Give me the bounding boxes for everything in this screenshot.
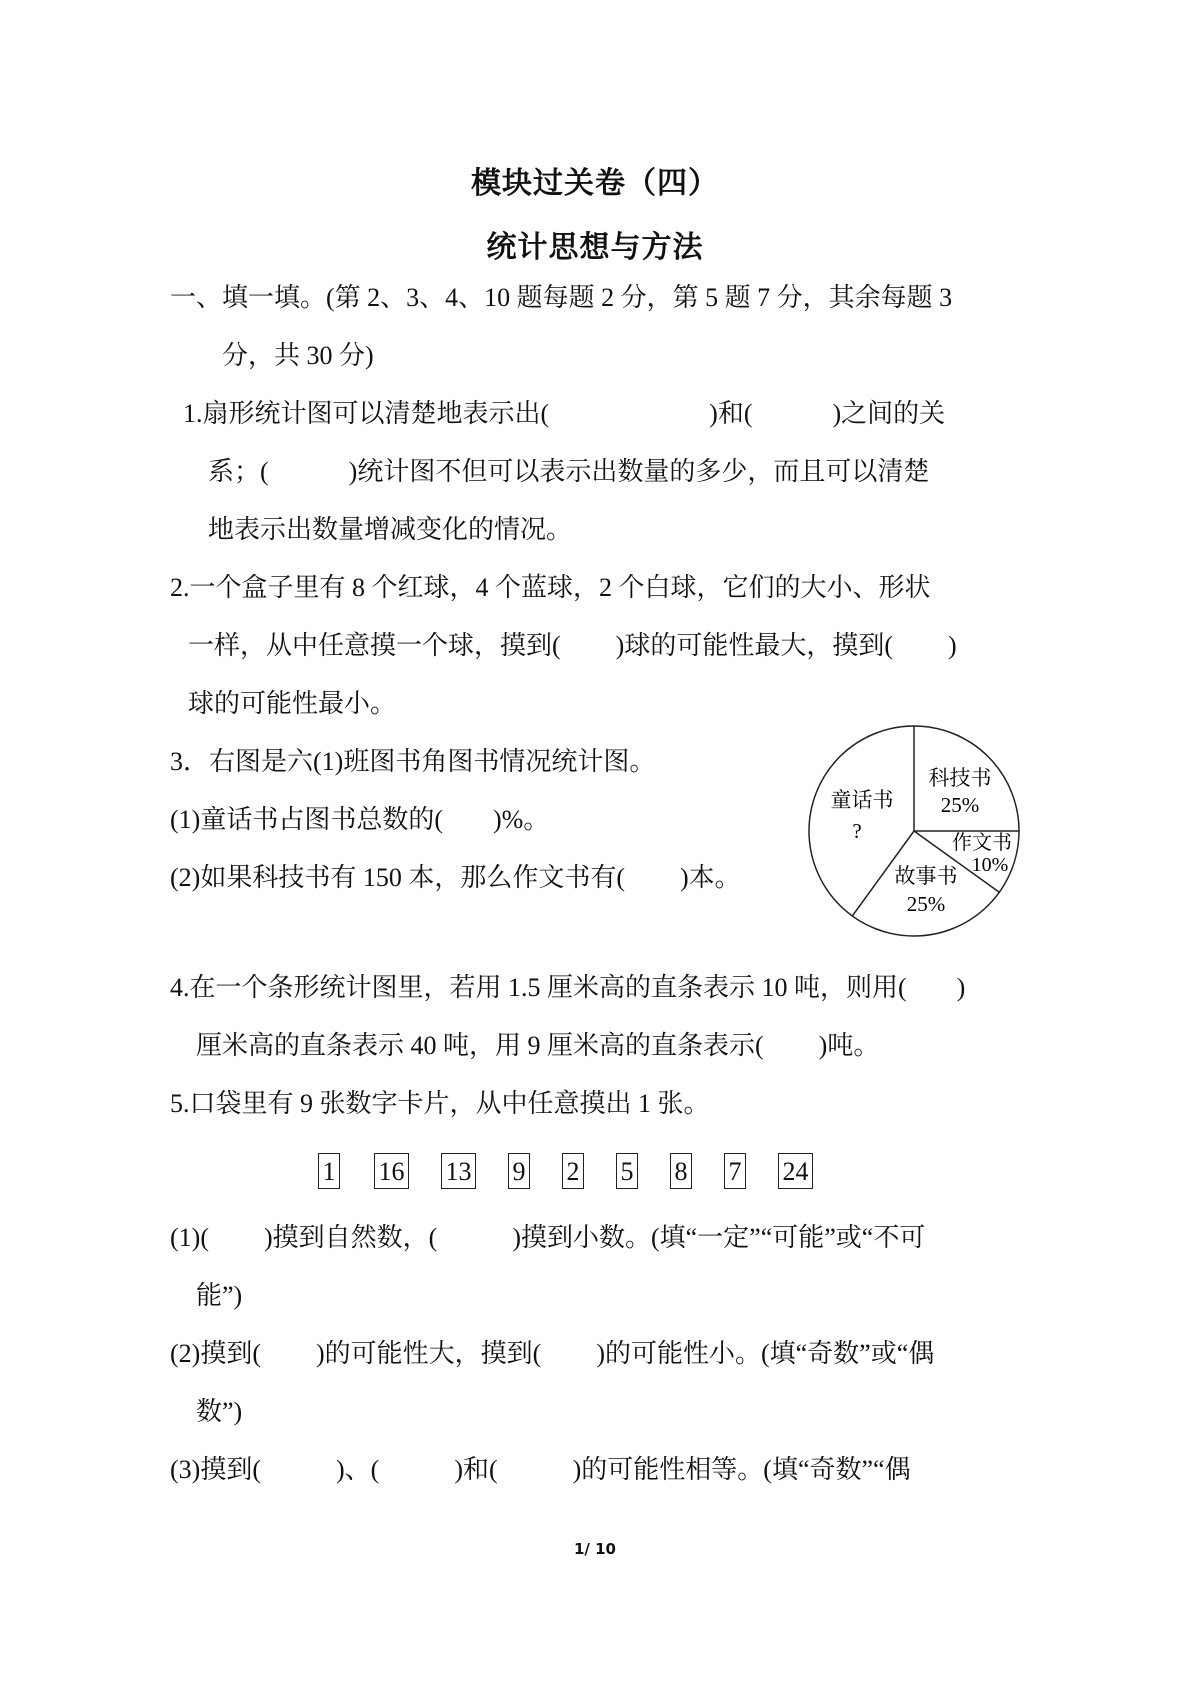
question-5-sub-1: (1)()摸到自然数，()摸到小数。(填“一定”“可能”或“不可 [170, 1222, 925, 1254]
q4-text: 厘米高的直条表示 40 吨，用 9 厘米高的直条表示( [196, 1031, 764, 1060]
question-5-line-1: 5.口袋里有 9 张数字卡片，从中任意摸出 1 张。 [170, 1088, 710, 1120]
q5-text: )的可能性大，摸到( [316, 1339, 541, 1368]
q3-text: (2)如果科技书有 150 本，那么作文书有( [170, 863, 625, 892]
question-3-line-1: 3．右图是六(1)班图书角图书情况统计图。 [170, 746, 655, 778]
slice-value-science: 25% [941, 793, 980, 817]
question-1-line-1: 1.扇形统计图可以清楚地表示出()和()之间的关 [183, 398, 945, 430]
slice-value-story: 25% [907, 892, 946, 916]
q4-text: )吨。 [819, 1031, 880, 1060]
q1-text: )之间的关 [833, 399, 946, 428]
slice-value-composition: 10% [972, 854, 1009, 876]
q5-text: )摸到小数。(填“一定”“可能”或“不可 [512, 1223, 925, 1252]
number-card: 2 [562, 1153, 584, 1189]
q2-text: ) [948, 631, 957, 660]
number-card: 8 [670, 1153, 692, 1189]
number-card: 5 [616, 1153, 638, 1189]
question-5-sub-2-cont: 数”) [196, 1396, 242, 1428]
question-5-sub-1-cont: 能”) [196, 1280, 242, 1312]
question-2-line-3: 球的可能性最小。 [188, 688, 396, 720]
q5-text: (1)( [170, 1223, 209, 1252]
q5-text: (2)摸到( [170, 1339, 261, 1368]
q3-text: (1)童话书占图书总数的( [170, 805, 443, 834]
slice-label-composition: 作文书 [952, 831, 1012, 854]
number-card: 9 [508, 1153, 530, 1189]
section-heading-cont: 分，共 30 分) [222, 340, 374, 372]
question-1-line-3: 地表示出数量增减变化的情况。 [208, 514, 572, 546]
q5-text: )的可能性小。(填“奇数”或“偶 [596, 1339, 934, 1368]
question-2-line-2: 一样，从中任意摸一个球，摸到()球的可能性最大，摸到() [188, 630, 957, 662]
slice-label-story: 故事书 [895, 864, 958, 888]
q1-text: )和( [709, 399, 752, 428]
q3-text: )%。 [493, 805, 549, 834]
q4-text: 4.在一个条形统计图里，若用 1.5 厘米高的直条表示 10 吨，则用( [170, 973, 907, 1002]
q5-text: )和( [454, 1455, 497, 1484]
q2-text: 一样，从中任意摸一个球，摸到( [188, 631, 561, 660]
question-3-sub-2: (2)如果科技书有 150 本，那么作文书有()本。 [170, 862, 741, 894]
q5-text: )的可能性相等。(填“奇数”“偶 [573, 1455, 911, 1484]
question-2-line-1: 2.一个盒子里有 8 个红球，4 个蓝球，2 个白球，它们的大小、形状 [170, 572, 931, 604]
slice-label-science: 科技书 [929, 766, 992, 790]
q5-text: )摸到自然数，( [264, 1223, 437, 1252]
question-4-line-2: 厘米高的直条表示 40 吨，用 9 厘米高的直条表示()吨。 [196, 1030, 879, 1062]
number-card: 7 [724, 1153, 746, 1189]
q2-text: )球的可能性最大，摸到( [616, 631, 893, 660]
section-heading: 一、填一填。(第 2、3、4、10 题每题 2 分，第 5 题 7 分，其余每题… [170, 282, 952, 314]
pie-chart: 科技书 25% 作文书 10% 故事书 25% 童话书 ? [800, 720, 1030, 950]
q1-text: 系；( [208, 457, 269, 486]
q3-text: )本。 [680, 863, 741, 892]
page-number: 1/ 10 [0, 1540, 1190, 1558]
question-5-sub-3: (3)摸到()、()和()的可能性相等。(填“奇数”“偶 [170, 1454, 911, 1486]
number-card: 24 [778, 1153, 813, 1189]
q5-text: (3)摸到( [170, 1455, 261, 1484]
page-title: 模块过关卷（四） [0, 158, 1190, 202]
question-1-line-2: 系；()统计图不但可以表示出数量的多少，而且可以清楚 [208, 456, 929, 488]
q5-text: )、( [336, 1455, 379, 1484]
q4-text: ) [957, 973, 966, 1002]
number-card: 13 [441, 1153, 476, 1189]
number-card: 16 [374, 1153, 409, 1189]
page-subtitle: 统计思想与方法 [0, 222, 1190, 266]
question-3-sub-1: (1)童话书占图书总数的()%。 [170, 804, 549, 836]
question-5-sub-2: (2)摸到()的可能性大，摸到()的可能性小。(填“奇数”或“偶 [170, 1338, 934, 1370]
slice-label-fairytale: 童话书 [831, 788, 894, 812]
q1-text: )统计图不但可以表示出数量的多少，而且可以清楚 [349, 457, 930, 486]
q1-text: 1.扇形统计图可以清楚地表示出( [183, 399, 549, 428]
number-card: 1 [318, 1153, 340, 1189]
slice-value-fairytale: ? [852, 819, 861, 843]
question-4-line-1: 4.在一个条形统计图里，若用 1.5 厘米高的直条表示 10 吨，则用() [170, 972, 965, 1004]
